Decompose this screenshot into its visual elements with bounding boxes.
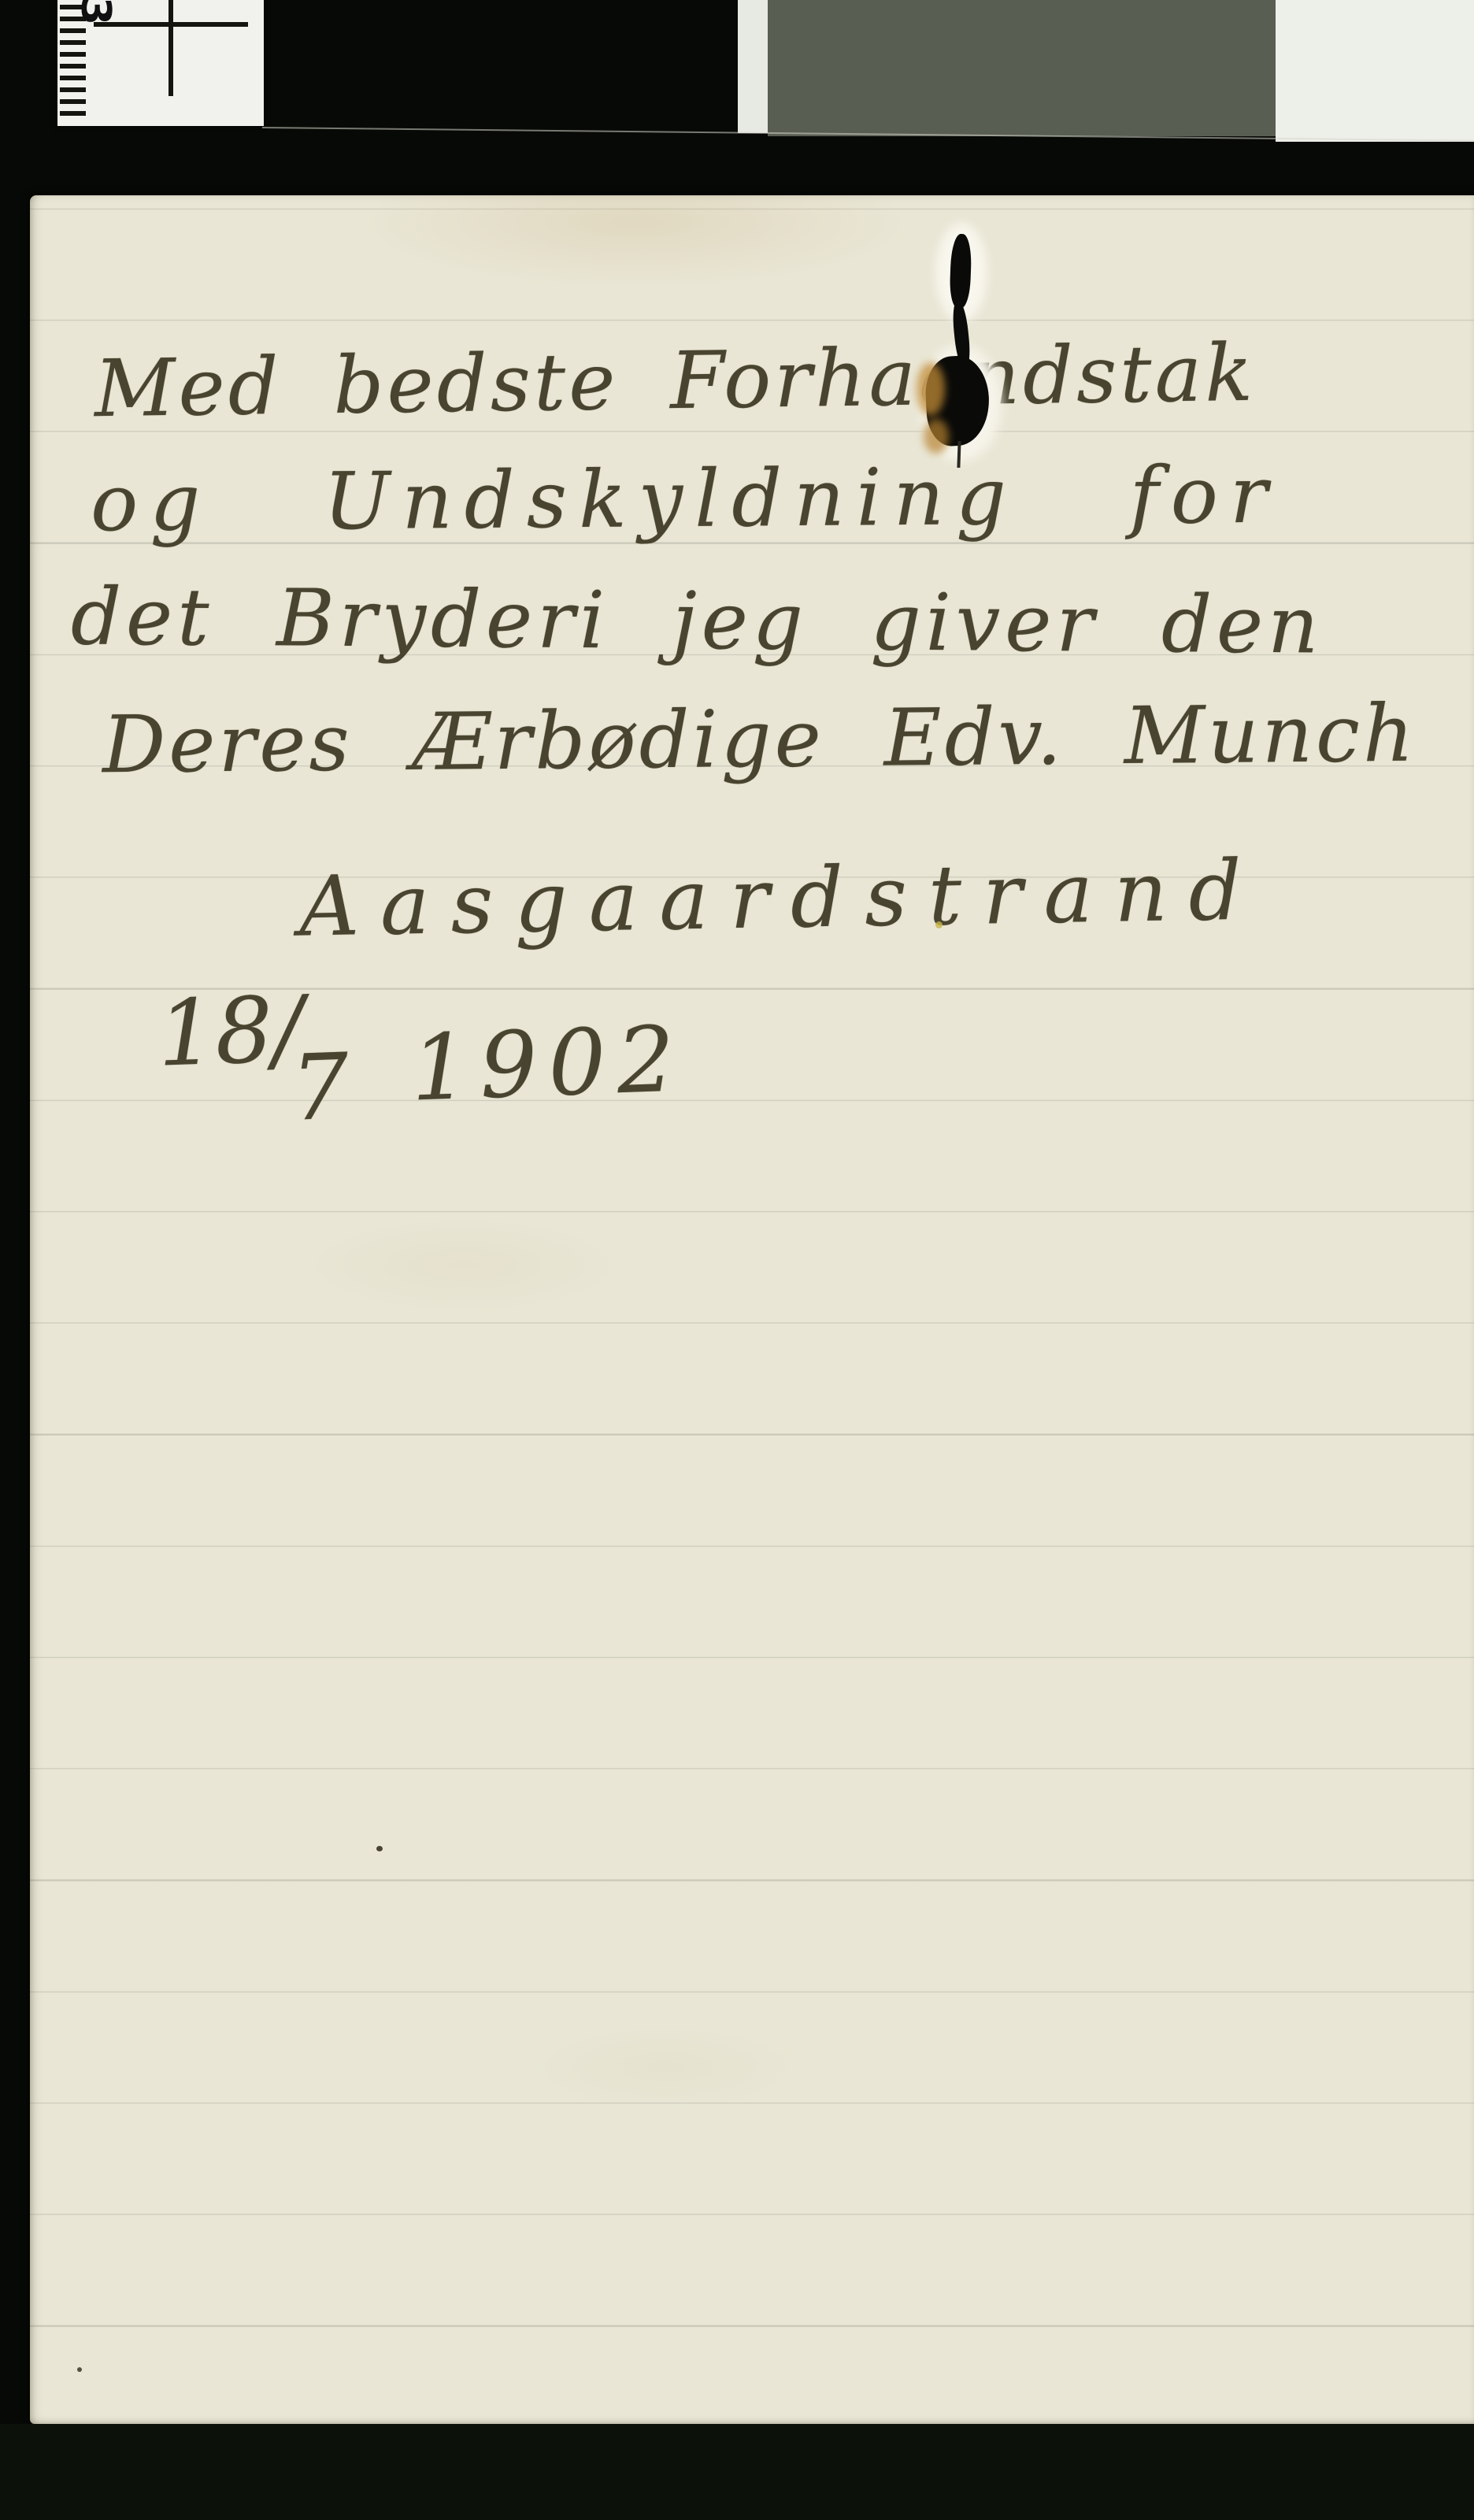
ruler-tick bbox=[60, 64, 86, 69]
singe-stain bbox=[924, 419, 949, 454]
handwriting-date-line: 18/71902 bbox=[156, 963, 686, 1087]
white-calibration-patch bbox=[1276, 0, 1474, 142]
ruler-tick bbox=[60, 76, 86, 80]
ruler-tick bbox=[60, 99, 86, 104]
gray-calibration-patch bbox=[768, 0, 1276, 136]
scan-background: 3 Med bedste Forhaandstak og Undskyldnin… bbox=[0, 0, 1474, 2520]
date-day: 18/ bbox=[156, 976, 306, 1087]
crosshair-vertical-line bbox=[169, 0, 173, 96]
calibration-ruler-card: 3 bbox=[57, 0, 264, 126]
ruler-tick bbox=[60, 28, 86, 33]
white-card-sliver bbox=[738, 0, 768, 133]
handwriting-place-line: Aasgaardstrand bbox=[298, 842, 1264, 954]
paper-speck bbox=[77, 2367, 82, 2372]
date-year: 1902 bbox=[409, 1006, 687, 1121]
handwriting-signature-line: Deres Ærbødige Edv. Munch bbox=[102, 687, 1417, 791]
background-bottom-band bbox=[0, 2424, 1474, 2520]
date-month: 7 bbox=[289, 1034, 350, 1141]
paper-speck bbox=[935, 921, 943, 928]
crosshair-horizontal-line bbox=[94, 22, 248, 27]
handwriting-line-salutation: Med bedste Forhaandstak bbox=[94, 327, 1256, 435]
paper-speck bbox=[376, 1846, 383, 1851]
ruler-tick bbox=[60, 40, 86, 45]
handwriting-line-apology: og Undskyldning for bbox=[91, 449, 1280, 550]
handwriting-line-trouble: det Bryderi jeg giver den bbox=[71, 570, 1324, 671]
ruler-tick bbox=[60, 52, 86, 57]
ruler-tick bbox=[60, 87, 86, 92]
ruler-tick bbox=[60, 111, 86, 116]
singe-stain bbox=[917, 362, 945, 416]
